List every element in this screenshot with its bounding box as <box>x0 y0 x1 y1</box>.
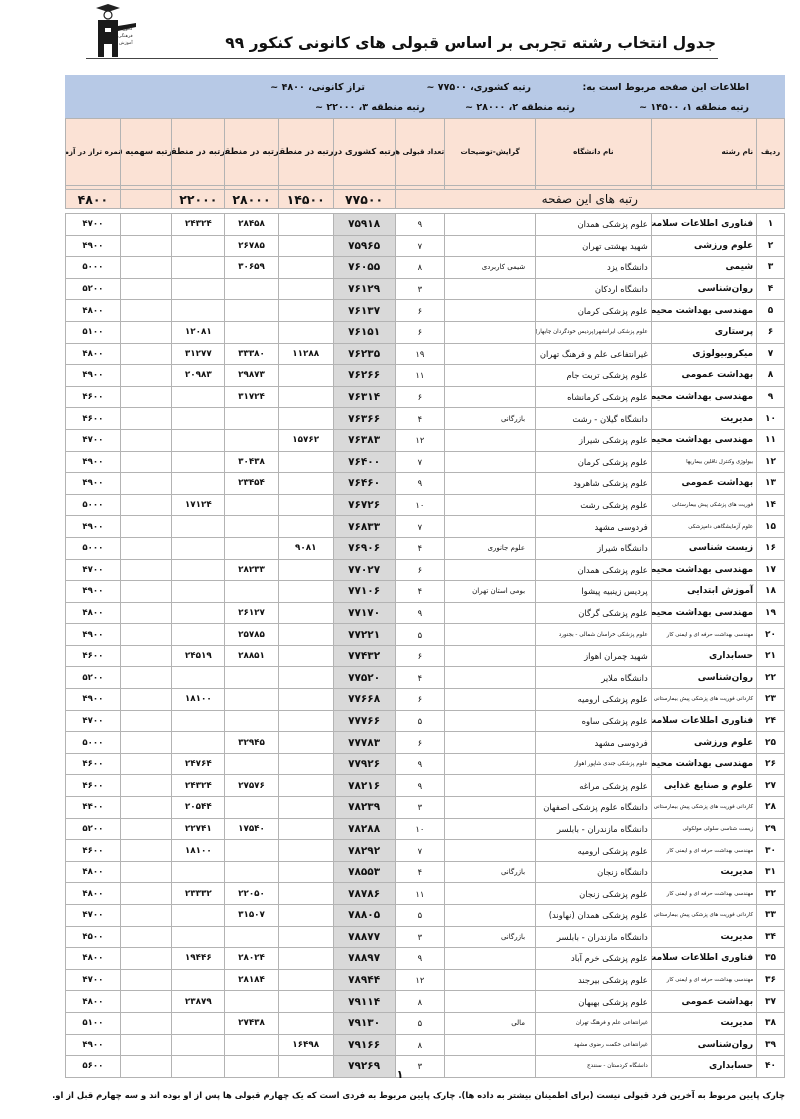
quota5-rank <box>120 991 172 1013</box>
quota5-rank <box>120 451 172 473</box>
accepted-count: ۶ <box>395 559 445 581</box>
row-index: ۳۱ <box>757 861 785 883</box>
field-name: مهندسی بهداشت محیط <box>651 300 756 322</box>
col-region3: رتبه در منطقه ۳ (چارک پایین) <box>172 119 225 186</box>
accepted-count: ۹ <box>395 775 445 797</box>
university-name: علوم پزشکی ارومیه <box>536 689 652 711</box>
region3-rank <box>172 624 225 646</box>
footnote: چارک پایین مربوط به آخرین فرد قبولی نیست… <box>10 1090 785 1100</box>
kanoon-score: ۵۰۰۰ <box>66 494 121 516</box>
quota5-rank <box>120 969 172 991</box>
region3-rank: ۲۳۳۳۲ <box>172 883 225 905</box>
table-row: ۳شیمیدانشگاه یزدشیمی کاربردی۸۷۶۰۵۵۳۰۶۵۹۵… <box>66 257 785 279</box>
field-name: مهندسی بهداشت محیط <box>651 602 756 624</box>
subfield: بازرگانی <box>445 926 536 948</box>
col-quota5: رتبه سهمیه ۵ درصد (چارک پایین) <box>120 119 172 186</box>
field-name: مدیریت <box>651 408 756 430</box>
national-rank: ۷۷۲۲۱ <box>333 624 395 646</box>
university-name: علوم پزشکی کرمانشاه <box>536 386 652 408</box>
region3-rank <box>172 710 225 732</box>
national-rank: ۷۹۱۱۴ <box>333 991 395 1013</box>
field-name: روان‌شناسی <box>651 1034 756 1056</box>
national-rank: ۷۸۸۷۷ <box>333 926 395 948</box>
subfield <box>445 494 536 516</box>
university-name: علوم پزشکی تربت جام <box>536 365 652 387</box>
row-index: ۳ <box>757 257 785 279</box>
row-index: ۸ <box>757 365 785 387</box>
table-row: ۱۷مهندسی بهداشت محیطعلوم پزشکی همدان۶۷۷۰… <box>66 559 785 581</box>
accepted-count: ۵ <box>395 710 445 732</box>
accepted-count: ۸ <box>395 1034 445 1056</box>
university-name: علوم پزشکی زنجان <box>536 883 652 905</box>
table-row: ۳۳کاردانی فوریت های پزشکی پیش بیمارستانی… <box>66 905 785 927</box>
region1-rank <box>278 840 333 862</box>
region3-rank: ۲۳۸۷۹ <box>172 991 225 1013</box>
quota5-rank <box>120 321 172 343</box>
university-name: علوم پزشکی رشت <box>536 494 652 516</box>
kanoon-score: ۴۹۰۰ <box>66 689 121 711</box>
kanoon-score: ۵۰۰۰ <box>66 732 121 754</box>
region2-rank <box>225 689 279 711</box>
kanoon-score: ۴۹۰۰ <box>66 365 121 387</box>
national-rank: ۷۷۰۲۷ <box>333 559 395 581</box>
quota5-rank <box>120 624 172 646</box>
region2-rank <box>225 321 279 343</box>
accepted-count: ۹ <box>395 602 445 624</box>
subfield <box>445 732 536 754</box>
national-rank: ۷۶۱۵۱ <box>333 321 395 343</box>
subfield <box>445 278 536 300</box>
region3-rank <box>172 926 225 948</box>
kanoon-score: ۵۱۰۰ <box>66 1012 121 1034</box>
table-row: ۲۴فناوری اطلاعات سلامتعلوم پزشکی ساوه۵۷۷… <box>66 710 785 732</box>
table-body: ۱فناوری اطلاعات سلامتعلوم پزشکی همدان۹۷۵… <box>66 214 785 1078</box>
national-rank: ۷۸۹۴۴ <box>333 969 395 991</box>
region2-rank <box>225 1034 279 1056</box>
logo-line-1: کانون <box>118 26 133 33</box>
quota5-rank <box>120 235 172 257</box>
accepted-count: ۱۰ <box>395 494 445 516</box>
table-row: ۲۰مهندسی بهداشت حرفه ای و ایمنی کارعلوم … <box>66 624 785 646</box>
national-rank: ۷۸۵۵۳ <box>333 861 395 883</box>
kanoon-score: ۴۸۰۰ <box>66 602 121 624</box>
national-rank: ۷۷۷۶۶ <box>333 710 395 732</box>
national-rank: ۷۶۳۶۶ <box>333 408 395 430</box>
region1-rank <box>278 645 333 667</box>
region2-rank: ۲۸۱۸۴ <box>225 969 279 991</box>
subfield <box>445 818 536 840</box>
quota5-rank <box>120 602 172 624</box>
accepted-count: ۱۹ <box>395 343 445 365</box>
quota5-rank <box>120 926 172 948</box>
national-rank: ۷۷۱۰۶ <box>333 581 395 603</box>
accepted-count: ۷ <box>395 451 445 473</box>
national-rank: ۷۶۸۳۳ <box>333 516 395 538</box>
field-name: مهندسی بهداشت حرفه ای و ایمنی کار <box>651 840 756 862</box>
quota5-rank <box>120 818 172 840</box>
row-index: ۳۸ <box>757 1012 785 1034</box>
quota5-rank <box>120 516 172 538</box>
region2-rank: ۳۰۴۳۸ <box>225 451 279 473</box>
accepted-count: ۱۲ <box>395 429 445 451</box>
table-row: ۹مهندسی بهداشت محیطعلوم پزشکی کرمانشاه۶۷… <box>66 386 785 408</box>
accepted-count: ۹ <box>395 948 445 970</box>
subfield <box>445 840 536 862</box>
region2-rank: ۳۲۹۴۵ <box>225 732 279 754</box>
row-index: ۱۲ <box>757 451 785 473</box>
university-name: علوم پزشکی کرمان <box>536 300 652 322</box>
kanoon-score: ۴۷۰۰ <box>66 429 121 451</box>
field-name: بهداشت عمومی <box>651 991 756 1013</box>
subfield <box>445 710 536 732</box>
row-index: ۲۴ <box>757 710 785 732</box>
accepted-count: ۱۲ <box>395 969 445 991</box>
kanoon-score: ۴۶۰۰ <box>66 775 121 797</box>
subfield <box>445 753 536 775</box>
kanoon-score: ۴۷۰۰ <box>66 559 121 581</box>
university-name: علوم پزشکی گرگان <box>536 602 652 624</box>
region3-rank <box>172 969 225 991</box>
region1-rank <box>278 581 333 603</box>
university-name: علوم پزشکی ارومیه <box>536 840 652 862</box>
table-row: ۲۱حسابداریشهید چمران اهواز۶۷۷۴۳۲۲۸۸۵۱۲۴۵… <box>66 645 785 667</box>
national-rank: ۷۷۵۲۰ <box>333 667 395 689</box>
row-index: ۶ <box>757 321 785 343</box>
ranking-table: ردیف نام رشته نام دانشگاه گرایش-توضیحات … <box>65 118 785 1078</box>
accepted-count: ۹ <box>395 473 445 495</box>
accepted-count: ۳ <box>395 278 445 300</box>
region3-rank: ۱۲۰۸۱ <box>172 321 225 343</box>
region2-rank: ۲۵۷۸۵ <box>225 624 279 646</box>
university-name: شهید چمران اهواز <box>536 645 652 667</box>
table-row: ۲۹زیست شناسی سلولی مولکولیدانشگاه مازندر… <box>66 818 785 840</box>
quota5-rank <box>120 429 172 451</box>
university-name: دانشگاه علوم پزشکی اصفهان <box>536 797 652 819</box>
info-kanoon-score: تراز کانونی، ۴۸۰۰ ~ <box>270 82 365 93</box>
table-row: ۲۲روان‌شناسیدانشگاه ملایر۴۷۷۵۲۰۵۲۰۰ <box>66 667 785 689</box>
subfield <box>445 516 536 538</box>
accepted-count: ۶ <box>395 689 445 711</box>
national-rank: ۷۶۱۳۷ <box>333 300 395 322</box>
national-rank: ۷۶۱۲۹ <box>333 278 395 300</box>
university-name: غیرانتفاعی علم و فرهنگ تهران <box>536 343 652 365</box>
accepted-count: ۱۰ <box>395 818 445 840</box>
field-name: میکروبیولوژی <box>651 343 756 365</box>
page-number: ۱ <box>0 1068 800 1081</box>
kanoon-score: ۴۶۰۰ <box>66 408 121 430</box>
field-name: مهندسی بهداشت محیط <box>651 386 756 408</box>
table-row: ۱فناوری اطلاعات سلامتعلوم پزشکی همدان۹۷۵… <box>66 214 785 236</box>
region1-rank <box>278 321 333 343</box>
field-name: بهداشت عمومی <box>651 365 756 387</box>
accepted-count: ۸ <box>395 257 445 279</box>
field-name: فناوری اطلاعات سلامت <box>651 214 756 236</box>
col-subfield: گرایش-توضیحات <box>445 119 536 186</box>
quota5-rank <box>120 1034 172 1056</box>
national-rank: ۷۹۱۳۰ <box>333 1012 395 1034</box>
region1-rank <box>278 883 333 905</box>
subfield: مالی <box>445 1012 536 1034</box>
kanoon-score: ۴۶۰۰ <box>66 645 121 667</box>
region1-rank <box>278 386 333 408</box>
region3-rank <box>172 667 225 689</box>
region3-rank: ۲۲۷۴۱ <box>172 818 225 840</box>
kanoon-score: ۵۲۰۰ <box>66 278 121 300</box>
region1-rank <box>278 926 333 948</box>
region3-rank: ۲۴۵۱۹ <box>172 645 225 667</box>
field-name: شیمی <box>651 257 756 279</box>
national-rank: ۷۶۳۱۴ <box>333 386 395 408</box>
national-rank: ۷۶۹۰۶ <box>333 537 395 559</box>
quota5-rank <box>120 667 172 689</box>
region2-rank: ۳۱۵۰۷ <box>225 905 279 927</box>
accepted-count: ۳ <box>395 926 445 948</box>
table-row: ۵مهندسی بهداشت محیطعلوم پزشکی کرمان۶۷۶۱۳… <box>66 300 785 322</box>
accepted-count: ۷ <box>395 840 445 862</box>
region2-rank <box>225 797 279 819</box>
subfield <box>445 797 536 819</box>
row-index: ۳۷ <box>757 991 785 1013</box>
national-rank: ۷۹۱۶۶ <box>333 1034 395 1056</box>
field-name: روان‌شناسی <box>651 278 756 300</box>
region1-rank <box>278 300 333 322</box>
university-name: علوم پزشکی شاهرود <box>536 473 652 495</box>
region2-rank <box>225 494 279 516</box>
region3-rank <box>172 602 225 624</box>
subfield <box>445 991 536 1013</box>
summary-score: ۴۸۰۰ <box>66 190 121 209</box>
region2-rank: ۲۷۴۳۸ <box>225 1012 279 1034</box>
region3-rank <box>172 300 225 322</box>
kanoon-score: ۴۸۰۰ <box>66 861 121 883</box>
subfield <box>445 429 536 451</box>
row-index: ۲۶ <box>757 753 785 775</box>
accepted-count: ۵ <box>395 624 445 646</box>
university-name: علوم پزشکی خراسان شمالی - بجنورد <box>536 624 652 646</box>
kanoon-logo: کانون فرهنگی آموزش <box>88 4 140 58</box>
field-name: مهندسی بهداشت حرفه ای و ایمنی کار <box>651 624 756 646</box>
summary-national: ۷۷۵۰۰ <box>333 190 395 209</box>
kanoon-score: ۴۶۰۰ <box>66 753 121 775</box>
row-index: ۲۳ <box>757 689 785 711</box>
university-name: علوم پزشکی همدان <box>536 214 652 236</box>
region3-rank: ۱۷۱۲۴ <box>172 494 225 516</box>
region2-rank: ۲۲۰۵۰ <box>225 883 279 905</box>
row-index: ۳۲ <box>757 883 785 905</box>
kanoon-score: ۴۸۰۰ <box>66 991 121 1013</box>
region1-rank <box>278 797 333 819</box>
row-index: ۳۳ <box>757 905 785 927</box>
region2-rank <box>225 300 279 322</box>
region1-rank <box>278 235 333 257</box>
row-index: ۲۲ <box>757 667 785 689</box>
accepted-count: ۶ <box>395 321 445 343</box>
kanoon-score: ۴۹۰۰ <box>66 624 121 646</box>
subfield <box>445 1034 536 1056</box>
region3-rank <box>172 429 225 451</box>
field-name: مهندسی بهداشت محیط <box>651 559 756 581</box>
accepted-count: ۵ <box>395 905 445 927</box>
table-row: ۶پرستاریعلوم پزشکی ایرانشهر(پردیس خودگرد… <box>66 321 785 343</box>
table-row: ۱۰مدیریتدانشگاه گیلان - رشتبازرگانی۴۷۶۳۶… <box>66 408 785 430</box>
summary-quota5 <box>120 190 172 209</box>
region1-rank <box>278 624 333 646</box>
table-row: ۲۶مهندسی بهداشت محیطعلوم پزشکی جندی شاپو… <box>66 753 785 775</box>
region2-rank: ۱۷۵۴۰ <box>225 818 279 840</box>
summary-row: رتبه های این صفحه ۷۷۵۰۰ ۱۴۵۰۰ ۲۸۰۰۰ ۲۲۰۰… <box>66 190 785 209</box>
subfield <box>445 365 536 387</box>
subfield <box>445 602 536 624</box>
summary-region1: ۱۴۵۰۰ <box>278 190 333 209</box>
table-row: ۳۰مهندسی بهداشت حرفه ای و ایمنی کارعلوم … <box>66 840 785 862</box>
subfield <box>445 343 536 365</box>
region3-rank <box>172 473 225 495</box>
field-name: بهداشت عمومی <box>651 473 756 495</box>
quota5-rank <box>120 343 172 365</box>
kanoon-score: ۴۶۰۰ <box>66 386 121 408</box>
university-name: شهید بهشتی تهران <box>536 235 652 257</box>
col-region1: رتبه در منطقه ۱ (چارک پایین) <box>278 119 333 186</box>
table-row: ۳۹روان‌شناسیغیرانتفاعی حکمت رضوی مشهد۸۷۹… <box>66 1034 785 1056</box>
region1-rank <box>278 991 333 1013</box>
region1-rank <box>278 667 333 689</box>
region3-rank: ۱۸۱۰۰ <box>172 689 225 711</box>
region2-rank: ۲۶۱۲۷ <box>225 602 279 624</box>
field-name: فوریت های پزشکی پیش بیمارستانی <box>651 494 756 516</box>
table-row: ۸بهداشت عمومیعلوم پزشکی تربت جام۱۱۷۶۲۶۶۲… <box>66 365 785 387</box>
region3-rank <box>172 537 225 559</box>
info-region1: رتبه منطقه ۱، ۱۴۵۰۰ ~ <box>639 102 749 113</box>
region1-rank <box>278 905 333 927</box>
national-rank: ۷۶۲۶۶ <box>333 365 395 387</box>
kanoon-score: ۴۷۰۰ <box>66 905 121 927</box>
info-intro: اطلاعات این صفحه مربوط است به: <box>582 82 749 93</box>
field-name: روان‌شناسی <box>651 667 756 689</box>
page-title: جدول انتخاب رشته تجربی بر اساس قبولی های… <box>150 34 716 52</box>
region3-rank <box>172 905 225 927</box>
row-index: ۱۷ <box>757 559 785 581</box>
kanoon-score: ۵۱۰۰ <box>66 321 121 343</box>
col-national: رتبه کشوری در ۳ سال گذشته (چارک پایین) <box>333 119 395 186</box>
table-row: ۴روان‌شناسیدانشگاه اردکان۳۷۶۱۲۹۵۲۰۰ <box>66 278 785 300</box>
row-index: ۷ <box>757 343 785 365</box>
region2-rank <box>225 926 279 948</box>
quota5-rank <box>120 840 172 862</box>
region2-rank <box>225 537 279 559</box>
university-name: علوم پزشکی جندی شاپور اهواز <box>536 753 652 775</box>
accepted-count: ۴ <box>395 581 445 603</box>
national-rank: ۷۸۸۰۵ <box>333 905 395 927</box>
row-index: ۱۰ <box>757 408 785 430</box>
row-index: ۱۳ <box>757 473 785 495</box>
kanoon-score: ۴۵۰۰ <box>66 926 121 948</box>
region3-rank: ۱۹۴۴۶ <box>172 948 225 970</box>
national-rank: ۷۵۹۱۸ <box>333 214 395 236</box>
subfield <box>445 689 536 711</box>
field-name: علوم آزمایشگاهی دامپزشکی <box>651 516 756 538</box>
quota5-rank <box>120 710 172 732</box>
region2-rank <box>225 516 279 538</box>
region1-rank <box>278 948 333 970</box>
row-index: ۳۵ <box>757 948 785 970</box>
region3-rank <box>172 451 225 473</box>
quota5-rank <box>120 797 172 819</box>
quota5-rank <box>120 214 172 236</box>
region1-rank <box>278 753 333 775</box>
national-rank: ۷۷۹۲۶ <box>333 753 395 775</box>
quota5-rank <box>120 408 172 430</box>
region2-rank <box>225 753 279 775</box>
national-rank: ۷۸۲۱۶ <box>333 775 395 797</box>
info-national-rank: رتبه کشوری، ۷۷۵۰۰ ~ <box>426 82 531 93</box>
region3-rank <box>172 559 225 581</box>
region2-rank <box>225 667 279 689</box>
table-row: ۱۲بیولوژی وکنترل ناقلین بیماریهاعلوم پزش… <box>66 451 785 473</box>
region3-rank: ۳۱۲۷۷ <box>172 343 225 365</box>
field-name: مهندسی بهداشت حرفه ای و ایمنی کار <box>651 883 756 905</box>
university-name: علوم پزشکی ایرانشهر(پردیس خودگردان چابها… <box>536 321 652 343</box>
region1-rank <box>278 408 333 430</box>
logo-line-2: فرهنگی <box>118 33 133 40</box>
region3-rank <box>172 408 225 430</box>
subfield <box>445 321 536 343</box>
university-name: علوم پزشکی شیراز <box>536 429 652 451</box>
row-index: ۳۶ <box>757 969 785 991</box>
accepted-count: ۸ <box>395 991 445 1013</box>
table-row: ۱۶زیست شناسیدانشگاه شیرازعلوم جانوری۴۷۶۹… <box>66 537 785 559</box>
logo-line-3: آموزش <box>118 40 133 47</box>
table-row: ۳۲مهندسی بهداشت حرفه ای و ایمنی کارعلوم … <box>66 883 785 905</box>
national-rank: ۷۸۲۹۲ <box>333 840 395 862</box>
row-index: ۱۶ <box>757 537 785 559</box>
accepted-count: ۱۱ <box>395 365 445 387</box>
accepted-count: ۶ <box>395 645 445 667</box>
kanoon-score: ۴۹۰۰ <box>66 235 121 257</box>
national-rank: ۷۶۴۰۰ <box>333 451 395 473</box>
subfield <box>445 667 536 689</box>
region1-rank <box>278 689 333 711</box>
region2-rank <box>225 991 279 1013</box>
table-row: ۱۴فوریت های پزشکی پیش بیمارستانیعلوم پزش… <box>66 494 785 516</box>
region3-rank: ۲۴۷۶۴ <box>172 753 225 775</box>
national-rank: ۷۶۰۵۵ <box>333 257 395 279</box>
kanoon-score: ۴۷۰۰ <box>66 214 121 236</box>
table-row: ۲۸کاردانی فوریت های پزشکی پیش بیمارستانی… <box>66 797 785 819</box>
region3-rank: ۱۸۱۰۰ <box>172 840 225 862</box>
university-name: علوم پزشکی بیرجند <box>536 969 652 991</box>
accepted-count: ۶ <box>395 732 445 754</box>
subfield <box>445 559 536 581</box>
row-index: ۳۹ <box>757 1034 785 1056</box>
row-index: ۱۱ <box>757 429 785 451</box>
region2-rank <box>225 710 279 732</box>
row-index: ۲۷ <box>757 775 785 797</box>
field-name: حسابداری <box>651 645 756 667</box>
kanoon-score: ۴۷۰۰ <box>66 969 121 991</box>
subfield <box>445 645 536 667</box>
table-row: ۳۸مدیریتغیرانتفاعی علم و فرهنگ تهرانمالی… <box>66 1012 785 1034</box>
national-rank: ۷۶۲۳۵ <box>333 343 395 365</box>
subfield <box>445 235 536 257</box>
quota5-rank <box>120 537 172 559</box>
accepted-count: ۵ <box>395 1012 445 1034</box>
subfield <box>445 624 536 646</box>
accepted-count: ۴ <box>395 667 445 689</box>
university-name: علوم پزشکی همدان (نهاوند) <box>536 905 652 927</box>
subfield <box>445 300 536 322</box>
university-name: دانشگاه گیلان - رشت <box>536 408 652 430</box>
info-region3: رتبه منطقه ۳، ۲۲۰۰۰ ~ <box>315 102 425 113</box>
